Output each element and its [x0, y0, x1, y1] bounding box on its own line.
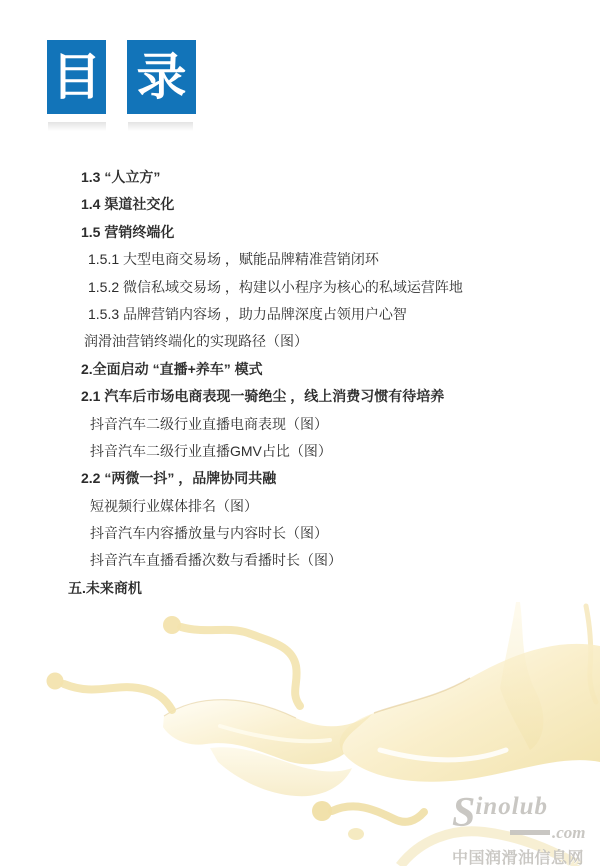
toc-list: 1.3 “人立方”1.4 渠道社交化1.5 营销终端化1.5.1 大型电商交易场…: [0, 164, 600, 602]
toc-item: 1.4 渠道社交化: [0, 191, 600, 218]
logo-underline-bar: [510, 830, 550, 835]
toc-item: 抖音汽车直播看播次数与看播时长（图）: [0, 547, 600, 574]
toc-item: 1.3 “人立方”: [0, 164, 600, 191]
title-reflection: [48, 122, 106, 131]
toc-item: 抖音汽车内容播放量与内容时长（图）: [0, 520, 600, 547]
title-char-block: 目: [47, 40, 106, 114]
sinolub-domain: .com: [552, 823, 586, 842]
toc-item: 短视频行业媒体排名（图）: [0, 493, 600, 520]
toc-item: 润滑油营销终端化的实现路径（图）: [0, 328, 600, 355]
sinolub-chinese-name: 中国润滑油信息网: [452, 845, 600, 866]
sinolub-logo-text: inolub: [475, 793, 548, 820]
sinolub-watermark: Sinolub .com 中国润滑油信息网: [452, 792, 600, 866]
toc-item: 1.5.2 微信私域交易场 ，构建以小程序为核心的私域运营阵地: [0, 274, 600, 301]
title-char-block: 录: [127, 40, 196, 114]
sinolub-logo-s: S: [452, 790, 475, 836]
toc-item: 1.5.3 品牌营销内容场 ，助力品牌深度占领用户心智: [0, 301, 600, 328]
toc-page: 目 录 1.3 “人立方”1.4 渠道社交化1.5 营销终端化1.5.1 大型电…: [0, 0, 600, 866]
toc-item: 2.2 “两微一抖” ，品牌协同共融: [0, 465, 600, 492]
title-reflection: [128, 122, 193, 131]
toc-item: 1.5.1 大型电商交易场 ，赋能品牌精准营销闭环: [0, 246, 600, 273]
page-title: 目 录: [47, 40, 196, 114]
toc-item: 2.1 汽车后市场电商表现一骑绝尘 ，线上消费习惯有待培养: [0, 383, 600, 410]
toc-item: 抖音汽车二级行业直播电商表现（图）: [0, 411, 600, 438]
toc-item: 2.全面启动 “直播+养车” 模式: [0, 356, 600, 383]
toc-item: 抖音汽车二级行业直播GMV占比（图）: [0, 438, 600, 465]
toc-item: 1.5 营销终端化: [0, 219, 600, 246]
